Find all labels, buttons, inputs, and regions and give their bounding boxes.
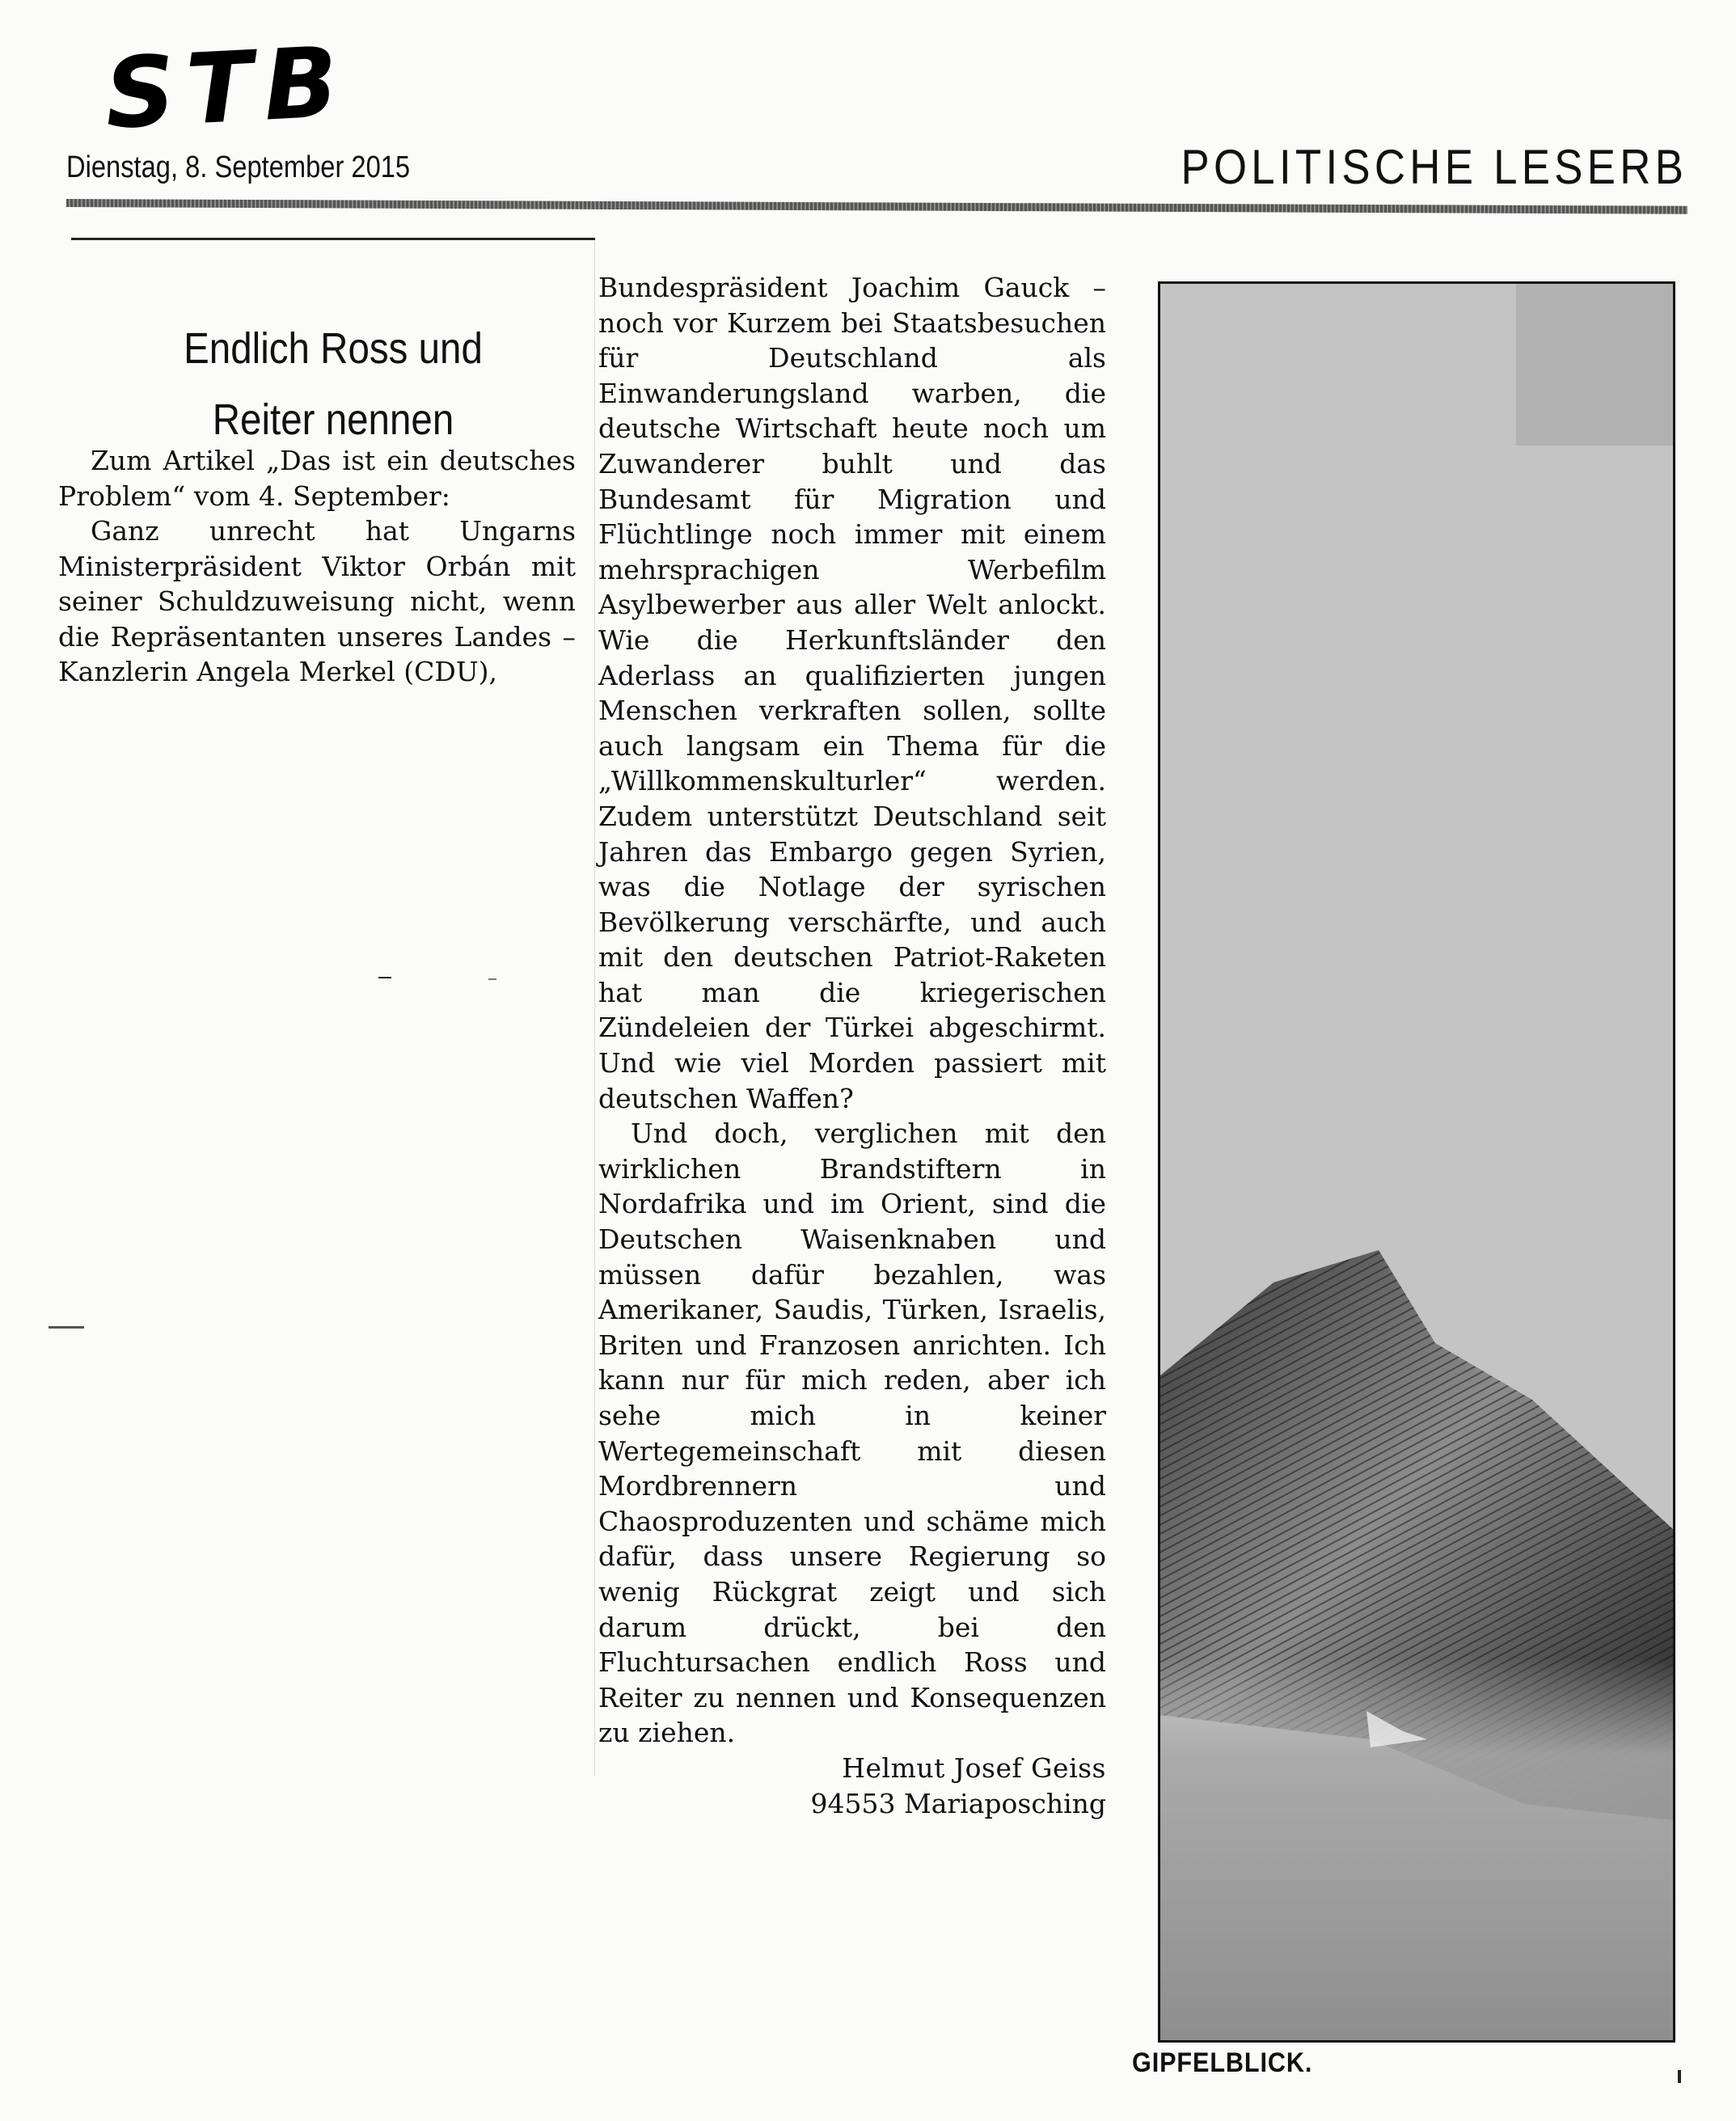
article-intro: Zum Artikel „Das ist ein deutsches Probl… <box>58 443 576 690</box>
masthead-rule <box>66 199 1687 214</box>
mountain-photo <box>1158 281 1675 2043</box>
stray-mark <box>1678 2070 1681 2083</box>
stray-mark <box>49 1326 84 1329</box>
author-signature: Helmut Josef Geiss 94553 Mariaposching <box>598 1751 1106 1821</box>
article-reference: Zum Artikel „Das ist ein deutsches Probl… <box>58 443 576 513</box>
handwritten-mark: STB <box>103 26 353 151</box>
stray-mark <box>488 978 496 980</box>
headline-line-1: Endlich Ross und <box>103 313 564 384</box>
newspaper-clipping: STB Dienstag, 8. September 2015 POLITISC… <box>0 0 1736 2121</box>
article-paragraph-2: Bundespräsident Joachim Gauck – noch vor… <box>598 270 1106 1116</box>
photo-caption: GIPFELBLICK. <box>1132 2047 1312 2079</box>
article-paragraph-1: Ganz unrecht hat Ungarns Ministerpräside… <box>58 513 576 690</box>
section-title: POLITISCHE LESERB <box>1181 139 1687 195</box>
stray-mark <box>378 977 391 978</box>
article-paragraph-3: Und doch, verglichen mit den wirklichen … <box>598 1116 1106 1751</box>
issue-date: Dienstag, 8. September 2015 <box>66 150 410 185</box>
article-body: Bundespräsident Joachim Gauck – noch vor… <box>598 270 1106 1821</box>
author-location: 94553 Mariaposching <box>598 1786 1106 1822</box>
author-name: Helmut Josef Geiss <box>598 1751 1106 1786</box>
mountain-peak-icon <box>1160 284 1673 2040</box>
article-headline: Endlich Ross und Reiter nennen <box>103 313 564 455</box>
